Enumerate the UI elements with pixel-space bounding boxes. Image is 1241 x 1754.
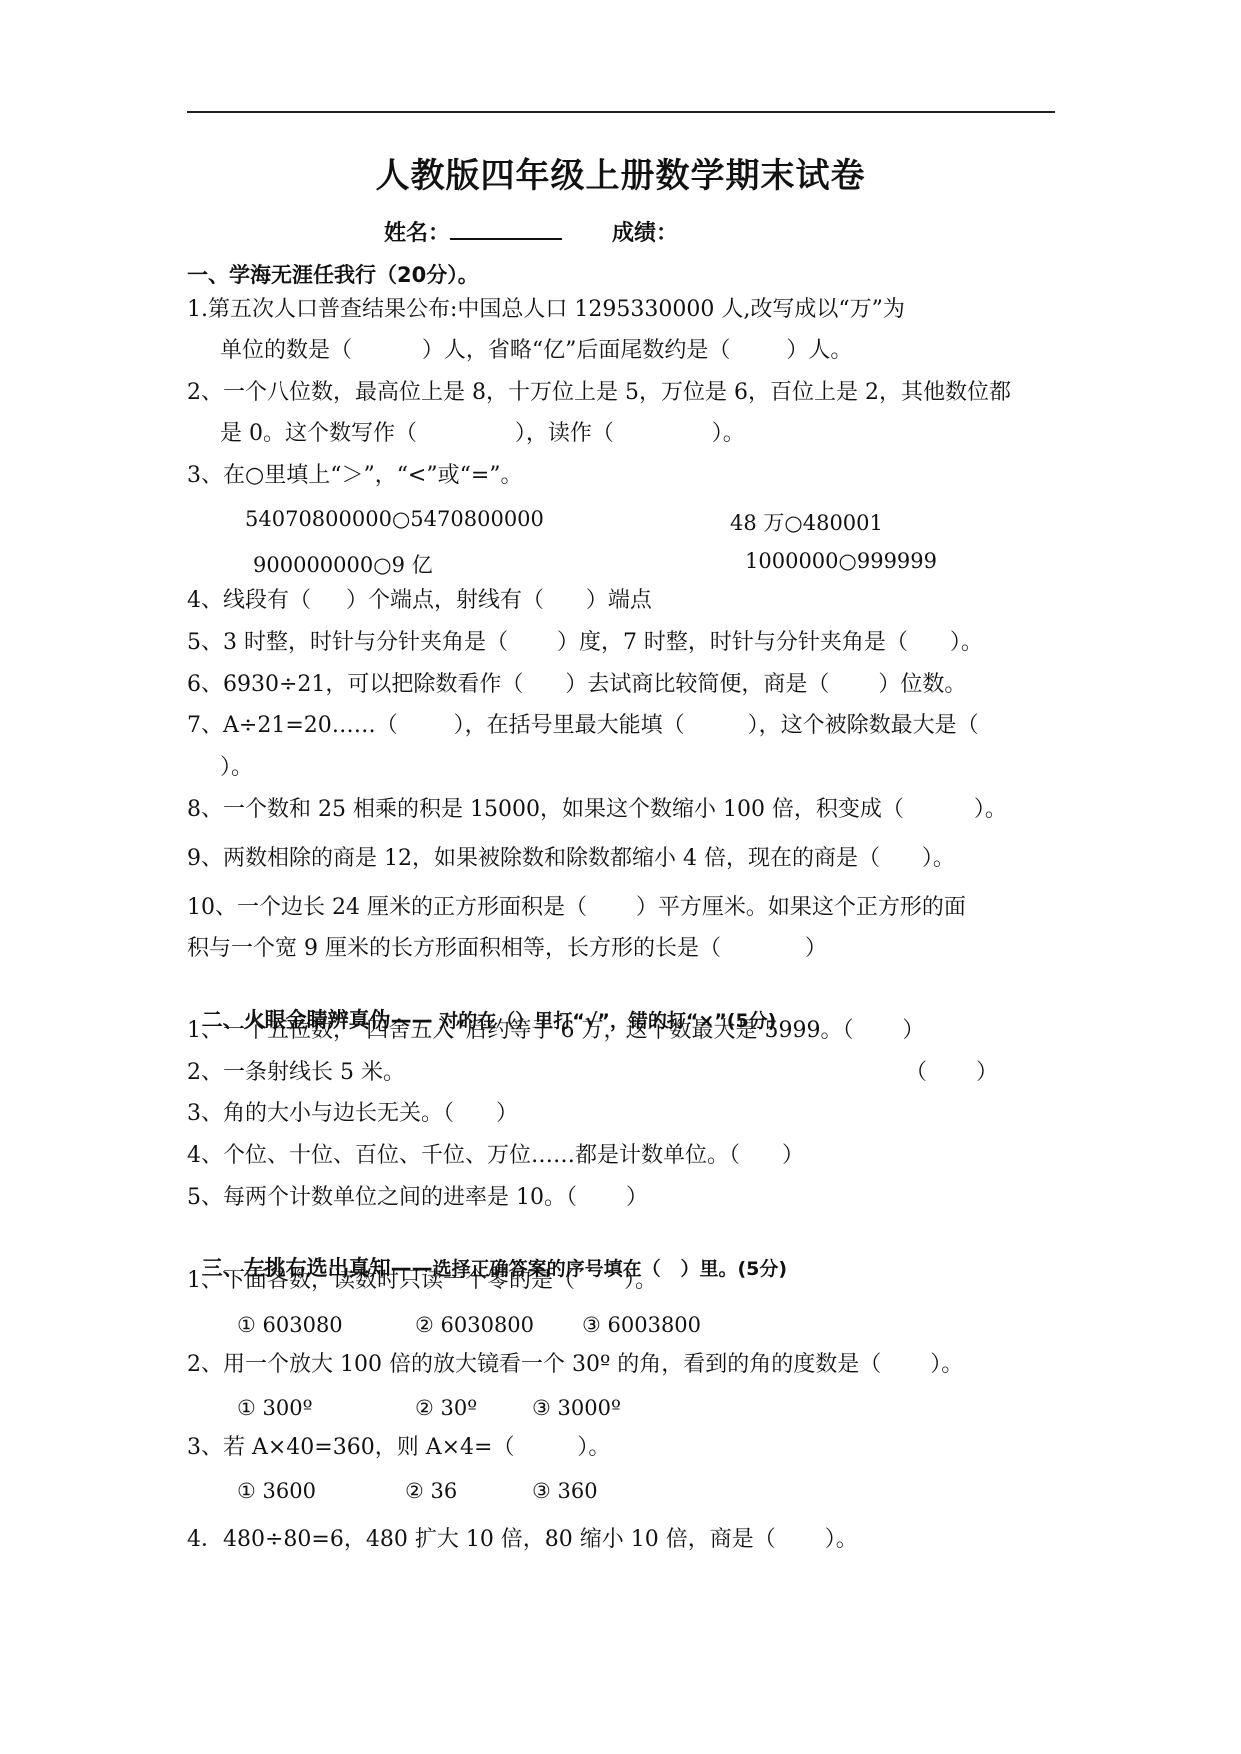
compare-item: 48 万○480001 [730,507,883,537]
compare-item: 54070800000○5470800000 [245,507,544,531]
name-field[interactable] [450,216,562,240]
option: ① 300º [237,1396,312,1420]
question-2-5: 5、每两个计数单位之间的进率是 10。（ ） [187,1187,648,1209]
option: ① 603080 [237,1313,343,1337]
question-2-2-answer-blank[interactable]: （ ） [905,1062,998,1084]
question-1-1-line2: 单位的数是（ ）人，省略“亿”后面尾数约是（ ）人。 [220,340,852,362]
option: ③ 360 [532,1479,598,1503]
option: ③ 6003800 [582,1313,701,1337]
question-1-2-line1: 2、一个八位数，最高位上是 8，十万位上是 5，万位是 6，百位上是 2，其他数… [187,382,1011,404]
question-1-5: 5、3 时整，时针与分针夹角是（ ）度，7 时整，时针与分针夹角是（ ）。 [187,632,983,654]
page-title: 人教版四年级上册数学期末试卷 [0,148,1241,197]
question-1-1-line1: 1.第五次人口普查结果公布:中国总人口 1295330000 人,改写成以“万”… [187,299,905,321]
name-label: 姓名： [384,216,450,247]
score-label: 成绩： [612,216,678,247]
option: ② 30º [415,1396,477,1420]
question-3-1: 1、下面各数，读数时只读一个零的是（ ）。 [187,1270,657,1292]
option: ② 6030800 [415,1313,534,1337]
compare-item: 900000000○9 亿 [253,549,433,579]
question-1-7-line2: ）。 [220,757,253,779]
question-1-7-line1: 7、A÷21=20……（ ），在括号里最大能填（ ），这个被除数最大是（ [187,715,979,737]
question-3-3: 3、若 A×40=360，则 A×4=（ ）。 [187,1437,610,1459]
question-1-3: 3、在○里填上“＞”，“<”或“=”。 [187,465,523,487]
question-1-8: 8、一个数和 25 相乘的积是 15000，如果这个数缩小 100 倍，积变成（… [187,799,1007,821]
question-2-1: 1、一个五位数，“四舍五入”后约等于 6 万，这个数最大是 5999。（ ） [187,1020,924,1042]
header-rule [187,111,1055,113]
question-1-4: 4、线段有（ ）个端点，射线有（ ）端点 [187,590,652,612]
question-2-4: 4、个位、十位、百位、千位、万位……都是计数单位。（ ） [187,1145,804,1167]
question-1-10-line2: 积与一个宽 9 厘米的长方形面积相等，长方形的长是（ ） [187,938,827,960]
section-1-heading: 一、学海无涯任我行（20分）。 [187,259,479,289]
option: ③ 3000º [532,1396,621,1420]
question-2-3: 3、角的大小与边长无关。（ ） [187,1103,518,1125]
question-1-9: 9、两数相除的商是 12，如果被除数和除数都缩小 4 倍，现在的商是（ ）。 [187,848,955,870]
question-3-2: 2、用一个放大 100 倍的放大镜看一个 30º 的角，看到的角的度数是（ ）。 [187,1354,963,1376]
question-1-10-line1: 10、一个边长 24 厘米的正方形面积是（ ）平方厘米。如果这个正方形的面 [187,897,966,919]
option: ② 36 [405,1479,457,1503]
question-2-2: 2、一条射线长 5 米。 [187,1062,405,1084]
question-1-2-line2: 是 0。这个数写作（ ），读作（ ）。 [220,423,745,445]
question-1-6: 6、6930÷21，可以把除数看作（ ）去试商比较简便，商是（ ）位数。 [187,674,966,696]
question-3-4: 4．480÷80=6，480 扩大 10 倍，80 缩小 10 倍，商是（ ）。 [187,1529,858,1551]
compare-item: 1000000○999999 [745,549,937,573]
option: ① 3600 [237,1479,316,1503]
student-info: 姓名： 成绩： [384,216,678,247]
